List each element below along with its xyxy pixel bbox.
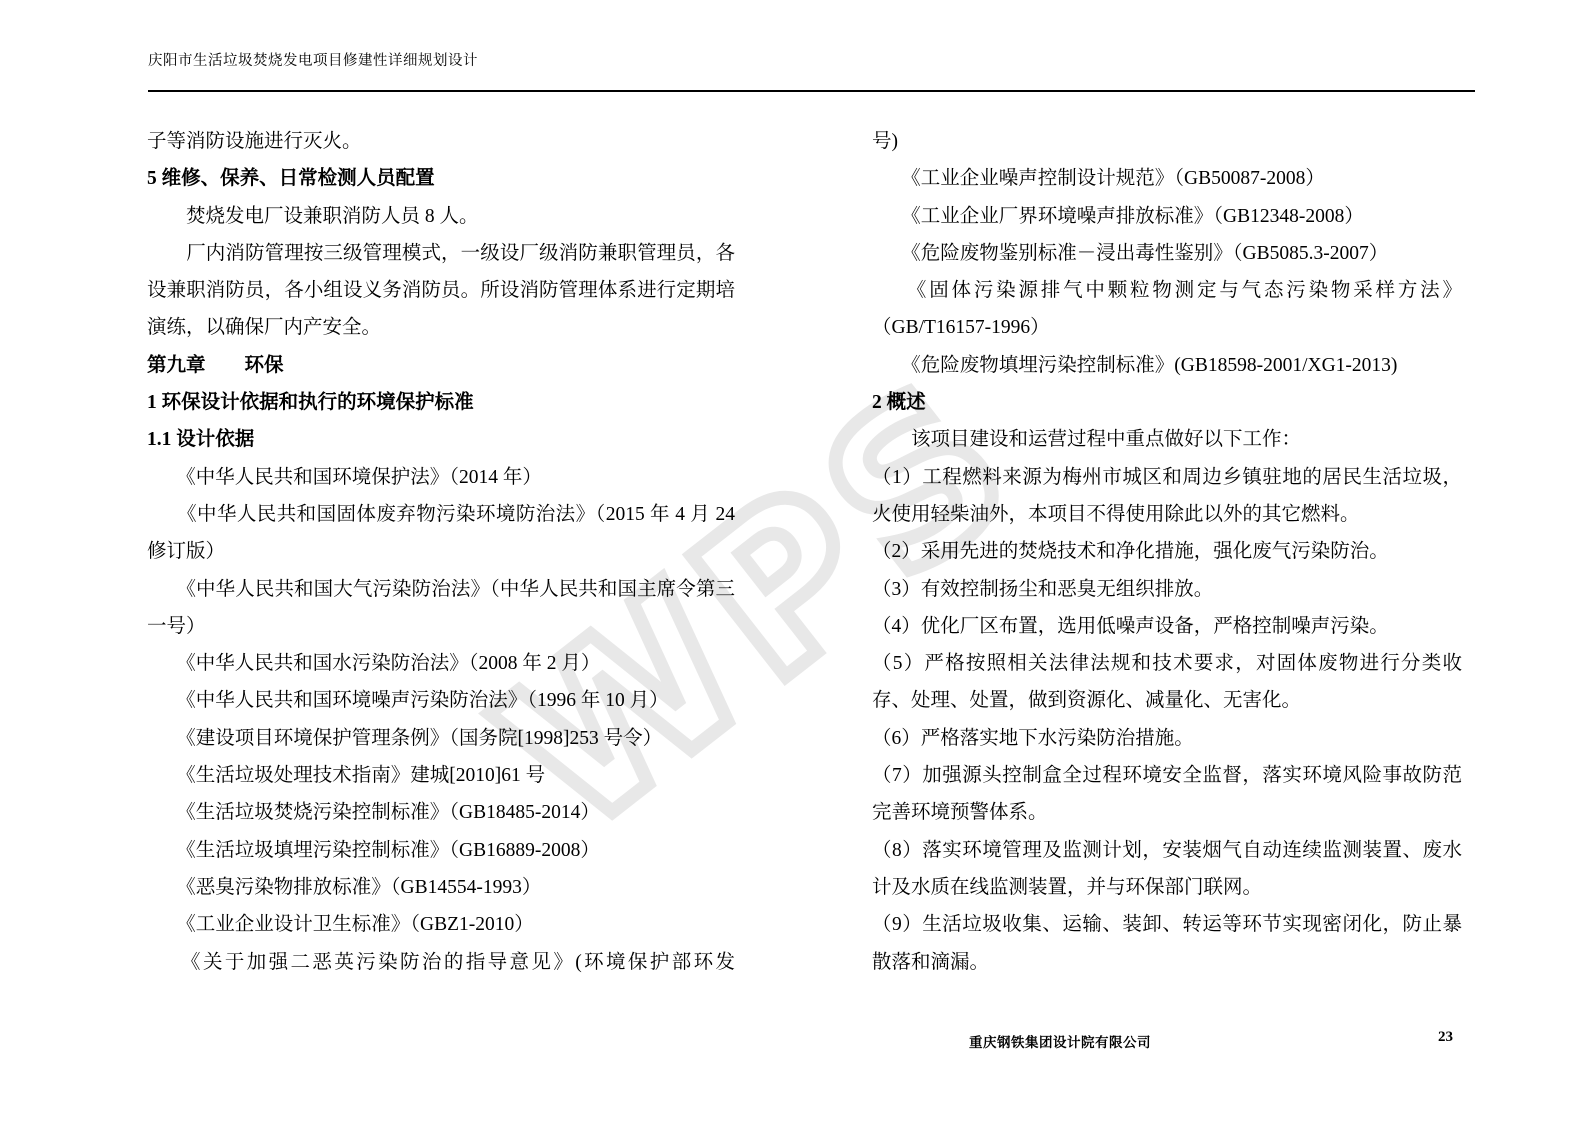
header-rule xyxy=(148,90,1475,92)
text-line: （9）生活垃圾收集、运输、装卸、转运等环节实现密闭化，防止暴露、 xyxy=(872,906,1462,943)
text-line: 火使用轻柴油外，本项目不得使用除此以外的其它燃料。 xyxy=(872,496,1462,533)
text-line: （3）有效控制扬尘和恶臭无组织排放。 xyxy=(872,571,1462,608)
text-line: （6）严格落实地下水污染防治措施。 xyxy=(872,720,1462,757)
text-line: 《危险废物填埋污染控制标准》(GB18598-2001/XG1-2013) xyxy=(872,347,1462,384)
text-line: 散落和滴漏。 xyxy=(872,944,1462,981)
text-line: 完善环境预警体系。 xyxy=(872,794,1462,831)
text-line: 《建设项目环境保护管理条例》（国务院[1998]253 号令） xyxy=(147,720,735,757)
text-line: 《工业企业噪声控制设计规范》（GB50087-2008） xyxy=(872,160,1462,197)
text-line: 修订版） xyxy=(147,533,735,570)
left-text-column: 子等消防设施进行灭火。5 维修、保养、日常检测人员配置 焚烧发电厂设兼职消防人员… xyxy=(147,123,735,981)
text-line: （7）加强源头控制盒全过程环境安全监督，落实环境风险事故防范措施， xyxy=(872,757,1462,794)
text-line: 存、处理、处置，做到资源化、减量化、无害化。 xyxy=(872,682,1462,719)
text-line: 厂内消防管理按三级管理模式，一级设厂级消防兼职管理员，各车间 xyxy=(147,235,735,272)
text-line: 《生活垃圾填埋污染控制标准》（GB16889-2008） xyxy=(147,832,735,869)
text-line: （GB/T16157-1996） xyxy=(872,309,1462,346)
text-line: 《工业企业设计卫生标准》（GBZ1-2010） xyxy=(147,906,735,943)
text-line: （2）采用先进的焚烧技术和净化措施，强化废气污染防治。 xyxy=(872,533,1462,570)
text-line: 《中华人民共和国水污染防治法》（2008 年 2 月） xyxy=(147,645,735,682)
text-line: 演练，以确保厂内产安全。 xyxy=(147,309,735,346)
text-line: 一号） xyxy=(147,608,735,645)
text-line: 《中华人民共和国环境保护法》（2014 年） xyxy=(147,459,735,496)
right-text-column: 号) 《工业企业噪声控制设计规范》（GB50087-2008） 《工业企业厂界环… xyxy=(872,123,1462,981)
text-line: 《中华人民共和国环境噪声污染防治法》（1996 年 10 月） xyxy=(147,682,735,719)
text-line: 《生活垃圾焚烧污染控制标准》（GB18485-2014） xyxy=(147,794,735,831)
text-line: 《中华人民共和国大气污染防治法》（中华人民共和国主席令第三十 xyxy=(147,571,735,608)
text-line: 第九章 环保 xyxy=(147,347,735,384)
text-line: （5）严格按照相关法律法规和技术要求，对固体废物进行分类收集、贮 xyxy=(872,645,1462,682)
text-line: 焚烧发电厂设兼职消防人员 8 人。 xyxy=(147,198,735,235)
text-line: 子等消防设施进行灭火。 xyxy=(147,123,735,160)
text-line: 《固体污染源排气中颗粒物测定与气态污染物采样方法》 xyxy=(872,272,1462,309)
text-line: 《中华人民共和国固体废弃物污染环境防治法》（2015 年 4 月 24 日 xyxy=(147,496,735,533)
document-page: 庆阳市生活垃圾焚烧发电项目修建性详细规划设计 WPS 子等消防设施进行灭火。5 … xyxy=(0,0,1587,1122)
text-line: 《关于加强二恶英污染防治的指导意见》(环境保护部环发[2010]123 xyxy=(147,944,735,981)
footer-page-number: 23 xyxy=(1438,1029,1453,1046)
text-line: 《恶臭污染物排放标准》（GB14554-1993） xyxy=(147,869,735,906)
text-line: 《生活垃圾处理技术指南》建城[2010]61 号 xyxy=(147,757,735,794)
text-line: （1）工程燃料来源为梅州市城区和周边乡镇驻地的居民生活垃圾，除点 xyxy=(872,459,1462,496)
text-line: 5 维修、保养、日常检测人员配置 xyxy=(147,160,735,197)
text-line: 1 环保设计依据和执行的环境保护标准 xyxy=(147,384,735,421)
text-line: （8）落实环境管理及监测计划，安装烟气自动连续监测装置、废水流量 xyxy=(872,832,1462,869)
text-line: 2 概述 xyxy=(872,384,1462,421)
text-line: 计及水质在线监测装置，并与环保部门联网。 xyxy=(872,869,1462,906)
text-line: 该项目建设和运营过程中重点做好以下工作： xyxy=(872,421,1462,458)
text-line: 1.1 设计依据 xyxy=(147,421,735,458)
text-line: 号) xyxy=(872,123,1462,160)
page-header-title: 庆阳市生活垃圾焚烧发电项目修建性详细规划设计 xyxy=(148,49,478,70)
footer-company-name: 重庆钢铁集团设计院有限公司 xyxy=(969,1031,1151,1051)
text-line: 《危险废物鉴别标准－浸出毒性鉴别》（GB5085.3-2007） xyxy=(872,235,1462,272)
text-line: 设兼职消防员，各小组设义务消防员。所设消防管理体系进行定期培训、 xyxy=(147,272,735,309)
text-line: 《工业企业厂界环境噪声排放标准》（GB12348-2008） xyxy=(872,198,1462,235)
text-line: （4）优化厂区布置，选用低噪声设备，严格控制噪声污染。 xyxy=(872,608,1462,645)
